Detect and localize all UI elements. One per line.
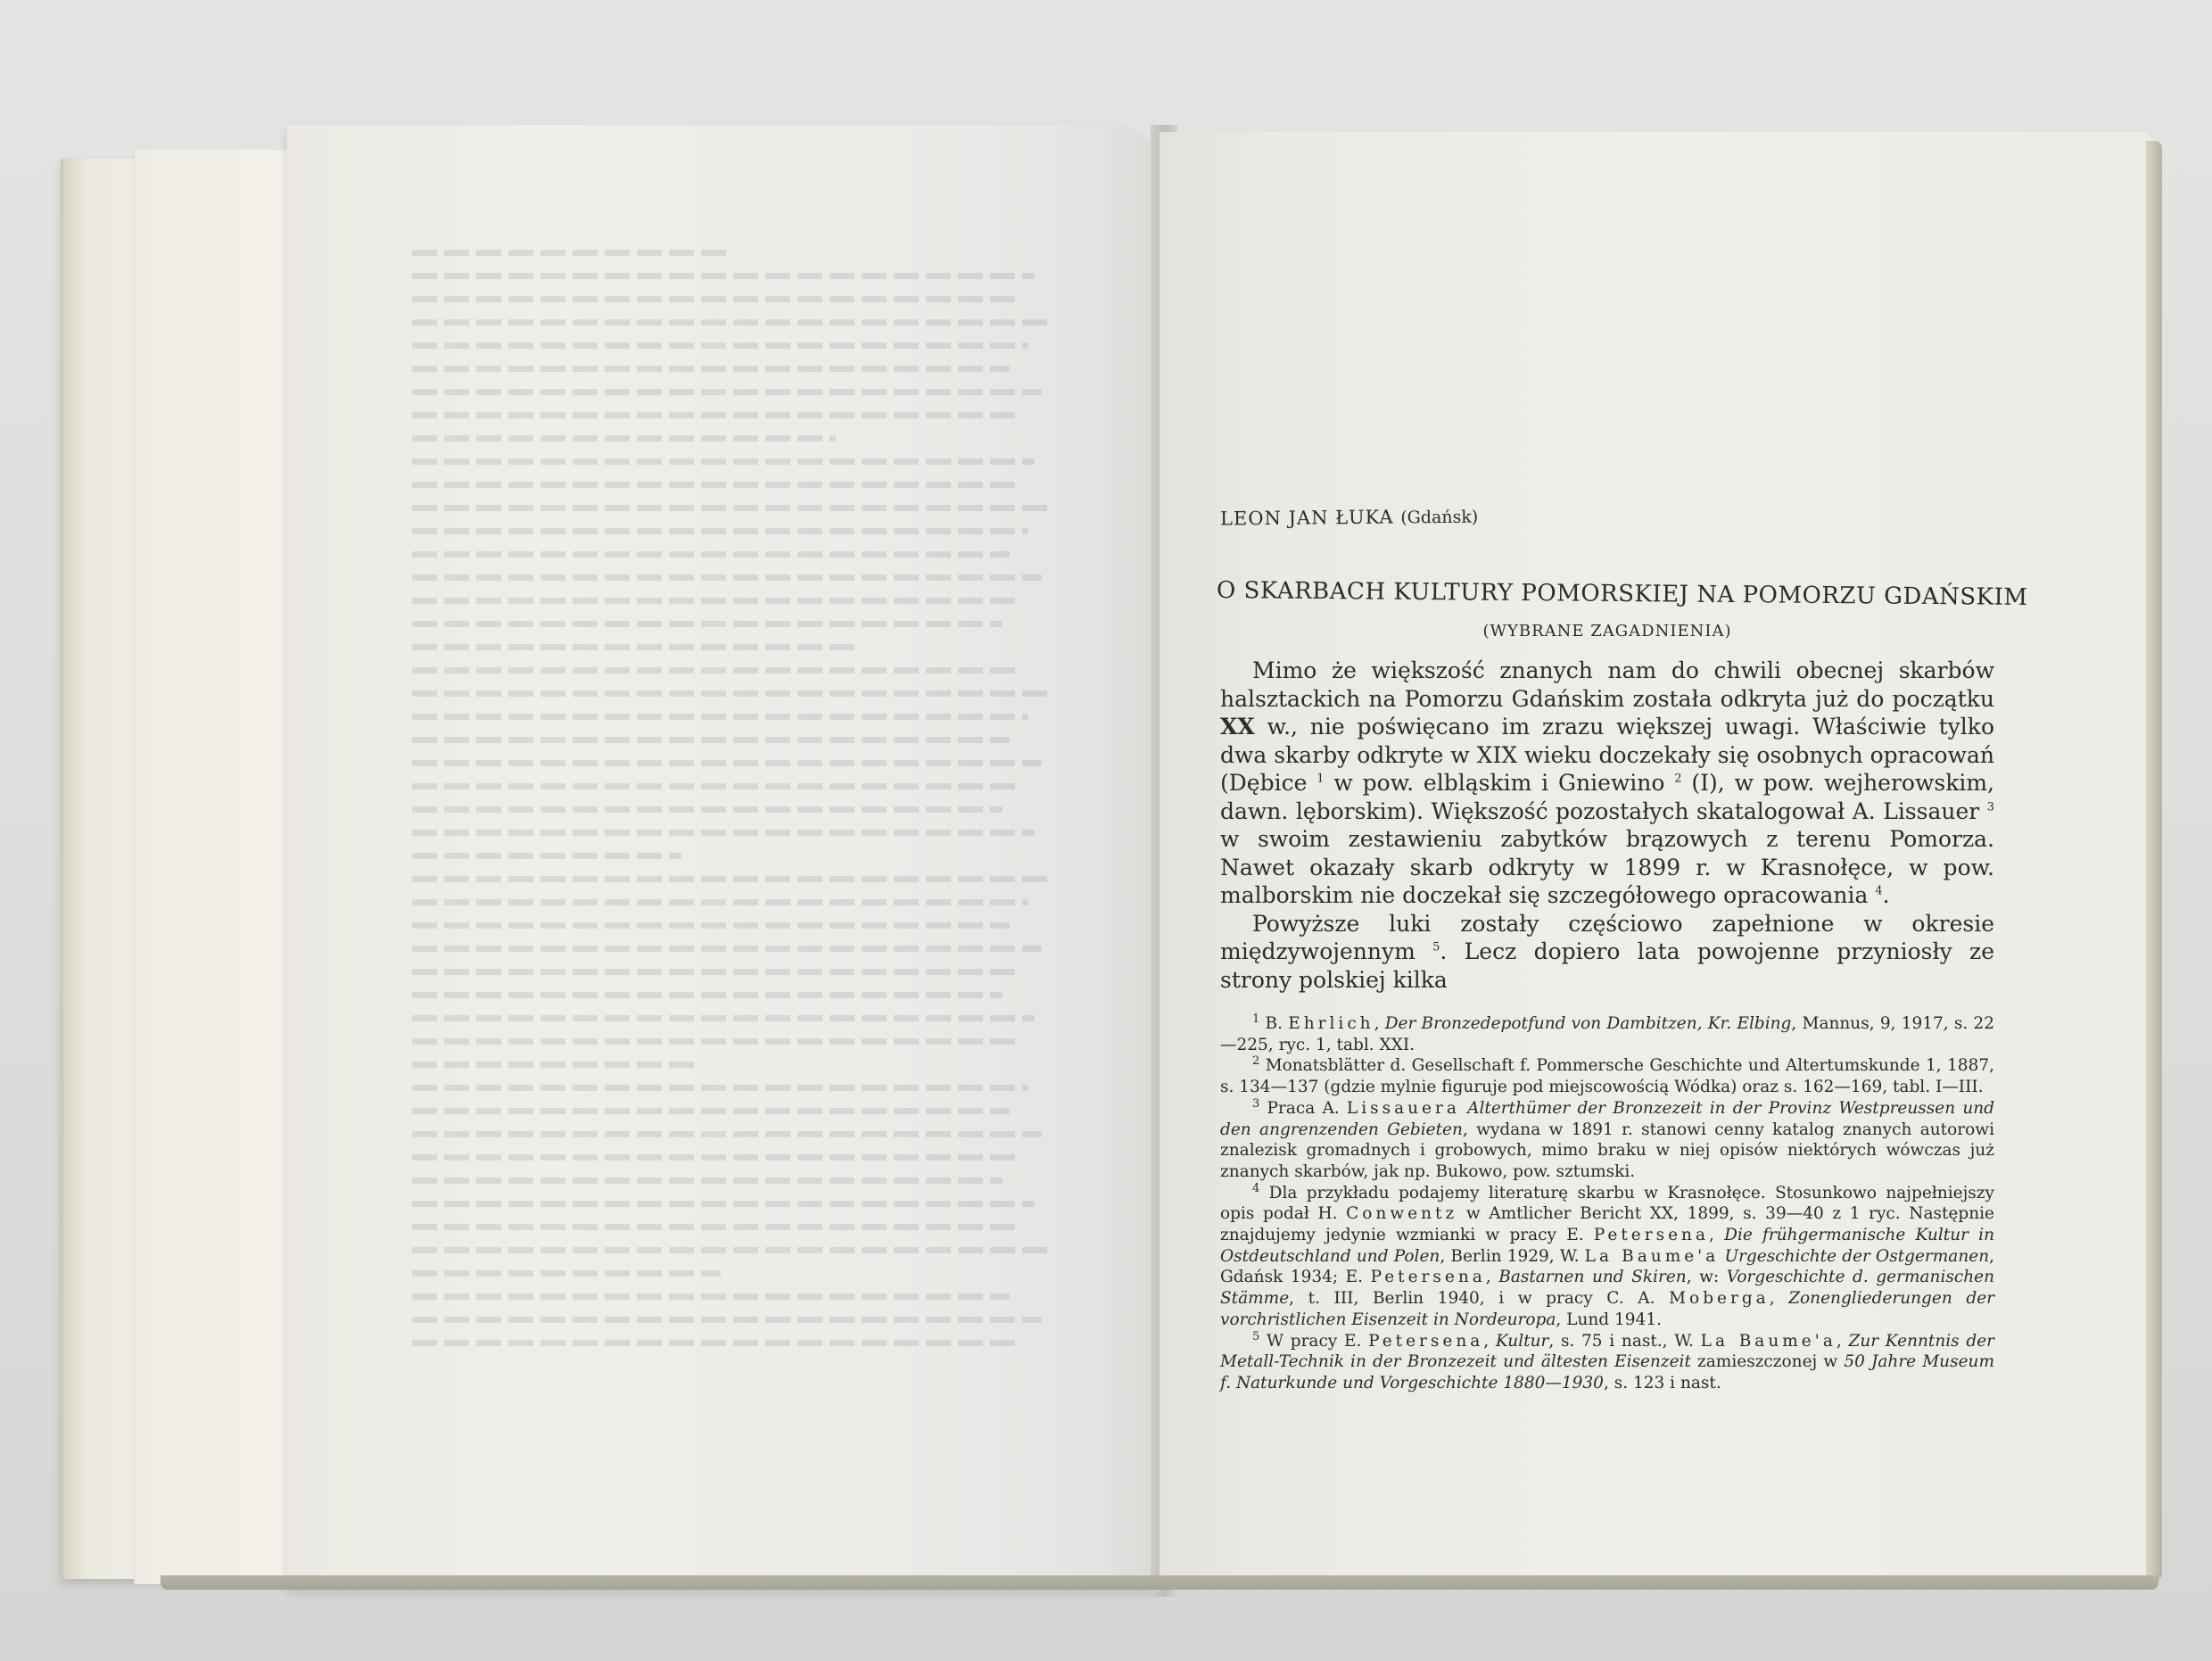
footnote: 4 Dla przykładu podajemy literaturę skar… xyxy=(1220,1183,1994,1331)
show-through-line xyxy=(412,1178,1003,1184)
spaced-author-name: Ehrlich xyxy=(1288,1014,1374,1033)
show-through-line xyxy=(412,1270,721,1277)
show-through-line xyxy=(412,273,1035,279)
author-affiliation: (Gdańsk) xyxy=(1400,508,1478,528)
show-through-line xyxy=(412,551,1010,558)
footnotes: 1 B. Ehrlich, Der Bronzedepotfund von Da… xyxy=(1220,1013,1994,1394)
show-through-line xyxy=(412,412,1022,418)
show-through-line xyxy=(412,1038,1016,1045)
spaced-author-name: Petersena xyxy=(1368,1332,1483,1351)
article-body: Mimo że większość znanych nam do chwili … xyxy=(1220,657,1994,994)
show-through-line xyxy=(412,1247,1048,1253)
show-through-line xyxy=(412,690,1048,697)
show-through-line xyxy=(412,1224,1016,1230)
article: LEON JAN ŁUKA (Gdańsk) O SKARBACH KULTUR… xyxy=(1220,504,1994,1394)
footnote: 1 B. Ehrlich, Der Bronzedepotfund von Da… xyxy=(1220,1013,1994,1055)
italic-title: Der Bronzedepotfund von Dambitzen, Kr. E… xyxy=(1385,1014,1792,1033)
show-through-line xyxy=(412,992,1003,998)
italic-title: Urgeschichte der Ostgermanen xyxy=(1724,1247,1989,1266)
italic-title: Bastarnen und Skiren xyxy=(1498,1268,1686,1286)
show-through-line xyxy=(412,389,1042,395)
footnote-number: 2 xyxy=(1252,1054,1259,1068)
body-paragraph: Mimo że większość znanych nam do chwili … xyxy=(1220,657,1994,910)
show-through-line xyxy=(412,1154,1022,1161)
show-through-line xyxy=(412,528,1028,534)
show-through-line xyxy=(412,760,1042,766)
bold-text: XX xyxy=(1220,714,1255,740)
show-through-line xyxy=(412,296,1016,302)
author-name: LEON JAN ŁUKA xyxy=(1220,507,1394,530)
left-page-stack-inner xyxy=(134,150,295,1584)
show-through-line xyxy=(412,853,681,859)
spaced-author-name: Petersena xyxy=(1594,1226,1709,1244)
article-author: LEON JAN ŁUKA (Gdańsk) xyxy=(1220,500,1994,529)
italic-title: Zonengliederungen der vorchristlichen Ei… xyxy=(1220,1289,1994,1329)
article-subtitle: (WYBRANE ZAGADNIENIA) xyxy=(1220,622,1994,640)
show-through-line xyxy=(412,343,1028,349)
show-through-line xyxy=(412,922,1010,929)
show-through-line xyxy=(412,1317,1042,1323)
footnote-ref: 1 xyxy=(1316,773,1324,786)
show-through-line xyxy=(412,1062,701,1068)
show-through-line xyxy=(412,899,1028,905)
show-through-line xyxy=(412,319,1048,326)
show-through-line xyxy=(412,598,1022,604)
show-through-line xyxy=(412,946,1042,952)
show-through-line xyxy=(412,737,1010,743)
footnote-number: 4 xyxy=(1252,1181,1259,1194)
spaced-author-name: La Baume'a xyxy=(1701,1332,1836,1351)
footnote: 3 Praca A. Lissauera Alterthümer der Bro… xyxy=(1220,1098,1994,1183)
show-through-line xyxy=(412,505,1048,511)
book-bottom-edge xyxy=(161,1575,2158,1590)
body-paragraph: Powyższe luki zostały częściowo zapełnio… xyxy=(1220,910,1994,995)
left-page xyxy=(287,125,1161,1588)
show-through-line xyxy=(412,621,1003,627)
footnote-ref: 4 xyxy=(1875,885,1882,898)
show-through-line xyxy=(412,482,1016,488)
show-through-line xyxy=(412,1085,1028,1091)
footnote-number: 1 xyxy=(1252,1012,1259,1026)
footnote: 2 Monatsblätter d. Gesellschaft f. Pomme… xyxy=(1220,1055,1994,1097)
show-through-line xyxy=(412,644,855,650)
spaced-author-name: Petersena xyxy=(1371,1268,1486,1286)
show-through-line xyxy=(412,830,1035,836)
italic-title: Kultur xyxy=(1496,1332,1548,1351)
show-through-line xyxy=(412,1201,1035,1207)
show-through-line xyxy=(412,714,1028,720)
spaced-author-name: La Baume'a xyxy=(1585,1247,1720,1266)
show-through-line xyxy=(412,969,1022,975)
footnote-ref: 3 xyxy=(1987,800,1994,814)
show-through-line xyxy=(412,366,1010,372)
show-through-line xyxy=(412,250,733,256)
show-through-line xyxy=(412,1108,1010,1114)
footnote: 5 W pracy E. Petersena, Kultur, s. 75 i … xyxy=(1220,1331,1994,1394)
show-through-line xyxy=(412,459,1035,465)
show-through-line xyxy=(412,1015,1035,1021)
show-through-line xyxy=(412,1340,1022,1346)
spaced-author-name: Lissauera xyxy=(1347,1099,1460,1118)
article-title: O SKARBACH KULTURY POMORSKIEJ NA POMORZU… xyxy=(1217,577,1994,611)
show-through-line xyxy=(412,667,1016,673)
spaced-author-name: Conwentz xyxy=(1346,1204,1457,1223)
show-through-line xyxy=(412,806,1003,813)
right-page-stack-edges xyxy=(2146,141,2162,1581)
spaced-author-name: Moberga xyxy=(1669,1289,1770,1308)
footnote-number: 3 xyxy=(1252,1097,1259,1111)
show-through-line xyxy=(412,1293,1010,1300)
show-through-line xyxy=(412,435,836,442)
footnote-number: 5 xyxy=(1252,1329,1259,1343)
left-page-show-through-text xyxy=(412,250,1054,1363)
show-through-line xyxy=(412,574,1042,581)
show-through-line xyxy=(412,783,1022,789)
footnote-ref: 5 xyxy=(1432,941,1440,954)
footnote-ref: 2 xyxy=(1674,773,1681,786)
show-through-line xyxy=(412,876,1048,882)
show-through-line xyxy=(412,1131,1042,1137)
italic-title: Alterthümer der Bronzezeit in der Provin… xyxy=(1220,1099,1994,1139)
